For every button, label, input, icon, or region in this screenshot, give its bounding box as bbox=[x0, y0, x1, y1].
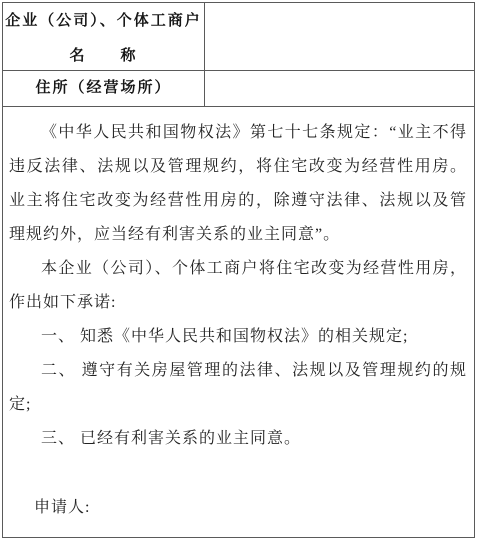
commitment-item-1: 一、 知悉《中华人民共和国物权法》的相关规定; bbox=[9, 320, 467, 354]
name-label-line1: 企业（公司）、个体工商户 bbox=[3, 9, 204, 30]
name-value-cell[interactable] bbox=[205, 3, 474, 70]
name-label-cell: 企业（公司）、个体工商户 名 称 bbox=[3, 3, 205, 70]
document-page: 企业（公司）、个体工商户 名 称 住所（经营场所） 《中华人民共和国物权法》第七… bbox=[0, 0, 479, 542]
name-label-line2: 名 称 bbox=[3, 44, 204, 65]
commitment-form: 企业（公司）、个体工商户 名 称 住所（经营场所） 《中华人民共和国物权法》第七… bbox=[2, 2, 475, 538]
address-value-cell[interactable] bbox=[205, 71, 474, 106]
commitment-item-3: 三、 已经有利害关系的业主同意。 bbox=[9, 422, 467, 456]
address-label-cell: 住所（经营场所） bbox=[3, 71, 205, 106]
law-quote-paragraph: 《中华人民共和国物权法》第七十七条规定：“业主不得违反法律、法规以及管理规约，将… bbox=[9, 116, 467, 252]
applicant-label: 申请人: bbox=[9, 491, 467, 525]
document-body: 《中华人民共和国物权法》第七十七条规定：“业主不得违反法律、法规以及管理规约，将… bbox=[3, 107, 474, 537]
table-row-address: 住所（经营场所） bbox=[3, 71, 474, 107]
commitment-item-2: 二、 遵守有关房屋管理的法律、法规以及管理规约的规定; bbox=[9, 354, 467, 422]
table-row-name: 企业（公司）、个体工商户 名 称 bbox=[3, 3, 474, 71]
commitment-intro-paragraph: 本企业（公司）、个体工商户将住宅改变为经营性用房，作出如下承诺: bbox=[9, 252, 467, 320]
